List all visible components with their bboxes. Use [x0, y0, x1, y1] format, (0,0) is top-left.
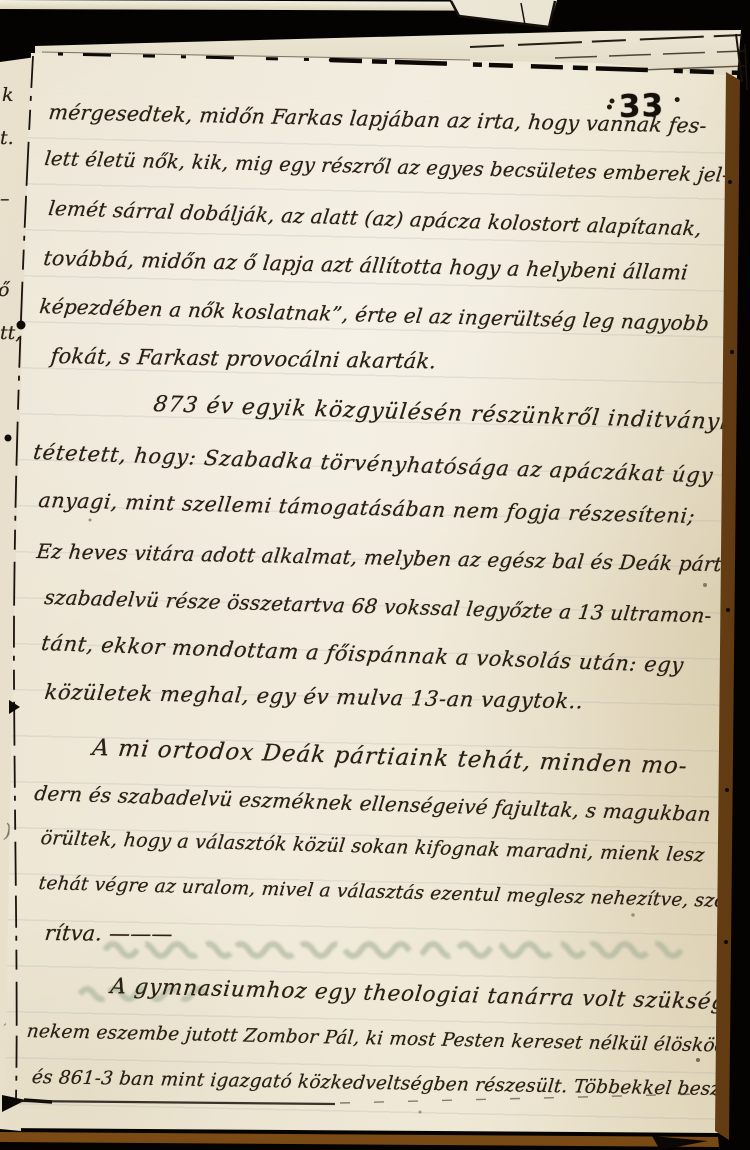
ink-dot: [607, 104, 612, 109]
margin-fragment: t.: [0, 127, 14, 149]
manuscript-page: 33 mérgesedtek, midőn Farkas lapjában az…: [0, 0, 750, 1150]
page-stack-top-sliver: [0, 0, 472, 11]
margin-fragment: –: [0, 188, 10, 210]
margin-fragment: ő: [0, 279, 9, 301]
manuscript-line: rítva. ———: [44, 921, 174, 946]
margin-fragment: tt,: [0, 322, 21, 344]
ink-dot: [675, 97, 680, 102]
scanned-manuscript-photo: k t. – ő tt, ) ) 33 mérgesedtek, midőn F…: [0, 0, 750, 1150]
margin-fragment: k: [2, 84, 14, 106]
